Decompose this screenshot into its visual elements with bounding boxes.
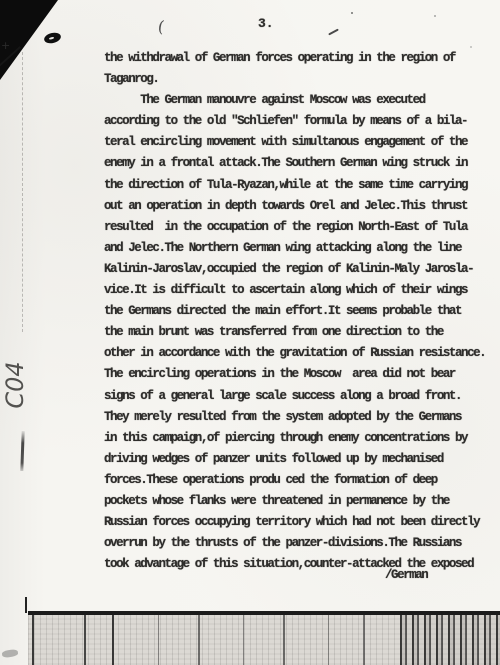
- text-line: overrun by the thrusts of the panzer-div…: [104, 533, 474, 554]
- ink-blot: [43, 31, 62, 45]
- scan-speck: [434, 15, 436, 17]
- document-body: the withdrawal of German forces operatin…: [104, 48, 474, 575]
- text-line: teral encircling movement with simultano…: [104, 132, 474, 153]
- text-line: vice.It is difficult to ascertain along …: [104, 280, 474, 301]
- text-line: driving wedges of panzer units followed …: [104, 449, 474, 470]
- pencil-stroke: [20, 431, 24, 471]
- pen-tick-right: [328, 29, 339, 36]
- text-line: Russian forces occupying territory which…: [104, 512, 474, 533]
- text-line: other in accordance with the gravitation…: [104, 343, 474, 364]
- fold-crease-line: [22, 52, 23, 332]
- text-line: and Jelec.The Northern German wing attac…: [104, 238, 474, 259]
- text-line: the Germans directed the main effort.It …: [104, 301, 474, 322]
- scan-mark-bottom-left: [2, 649, 19, 658]
- page-number: 3.: [258, 16, 274, 31]
- ink-blot-highlight: [49, 37, 54, 40]
- pen-tick-left: (: [157, 17, 166, 37]
- text-line: the main brunt was transferred from one …: [104, 322, 474, 343]
- text-line: out an operation in depth towards Orel a…: [104, 196, 474, 217]
- text-line: Kalinin-Jaroslav,occupied the region of …: [104, 259, 474, 280]
- text-line: The encircling operations in the Moscow …: [104, 364, 474, 385]
- text-line: according to the old "Schliefen" formula…: [104, 111, 474, 132]
- text-line: in this campaign,of piercing through ene…: [104, 428, 474, 449]
- document-page: + ( 3. the withdrawal of German forces o…: [0, 0, 500, 665]
- text-line: the withdrawal of German forces operatin…: [104, 48, 474, 69]
- text-line: resulted in the occupation of the region…: [104, 217, 474, 238]
- text-line: The German manouvre against Moscow was e…: [104, 90, 474, 111]
- text-line: They merely resulted from the system ado…: [104, 407, 474, 428]
- text-line: forces.These operations produ ced the fo…: [104, 470, 474, 491]
- text-line: signs of a general large scale success a…: [104, 386, 474, 407]
- scan-speck: [351, 12, 353, 14]
- scan-band-edge-line: [25, 597, 27, 613]
- scan-bottom-band: [28, 611, 500, 665]
- text-line: Taganrog.: [104, 69, 474, 90]
- continuation-mark: /German: [385, 568, 427, 582]
- pen-plus-mark: +: [1, 39, 10, 52]
- text-line: enemy in a frontal attack.The Southern G…: [104, 153, 474, 174]
- text-line: the direction of Tula-Ryazan,while at th…: [104, 175, 474, 196]
- margin-annotation-handwritten: C04: [1, 353, 35, 417]
- text-line: pockets whose flanks were threatened in …: [104, 491, 474, 512]
